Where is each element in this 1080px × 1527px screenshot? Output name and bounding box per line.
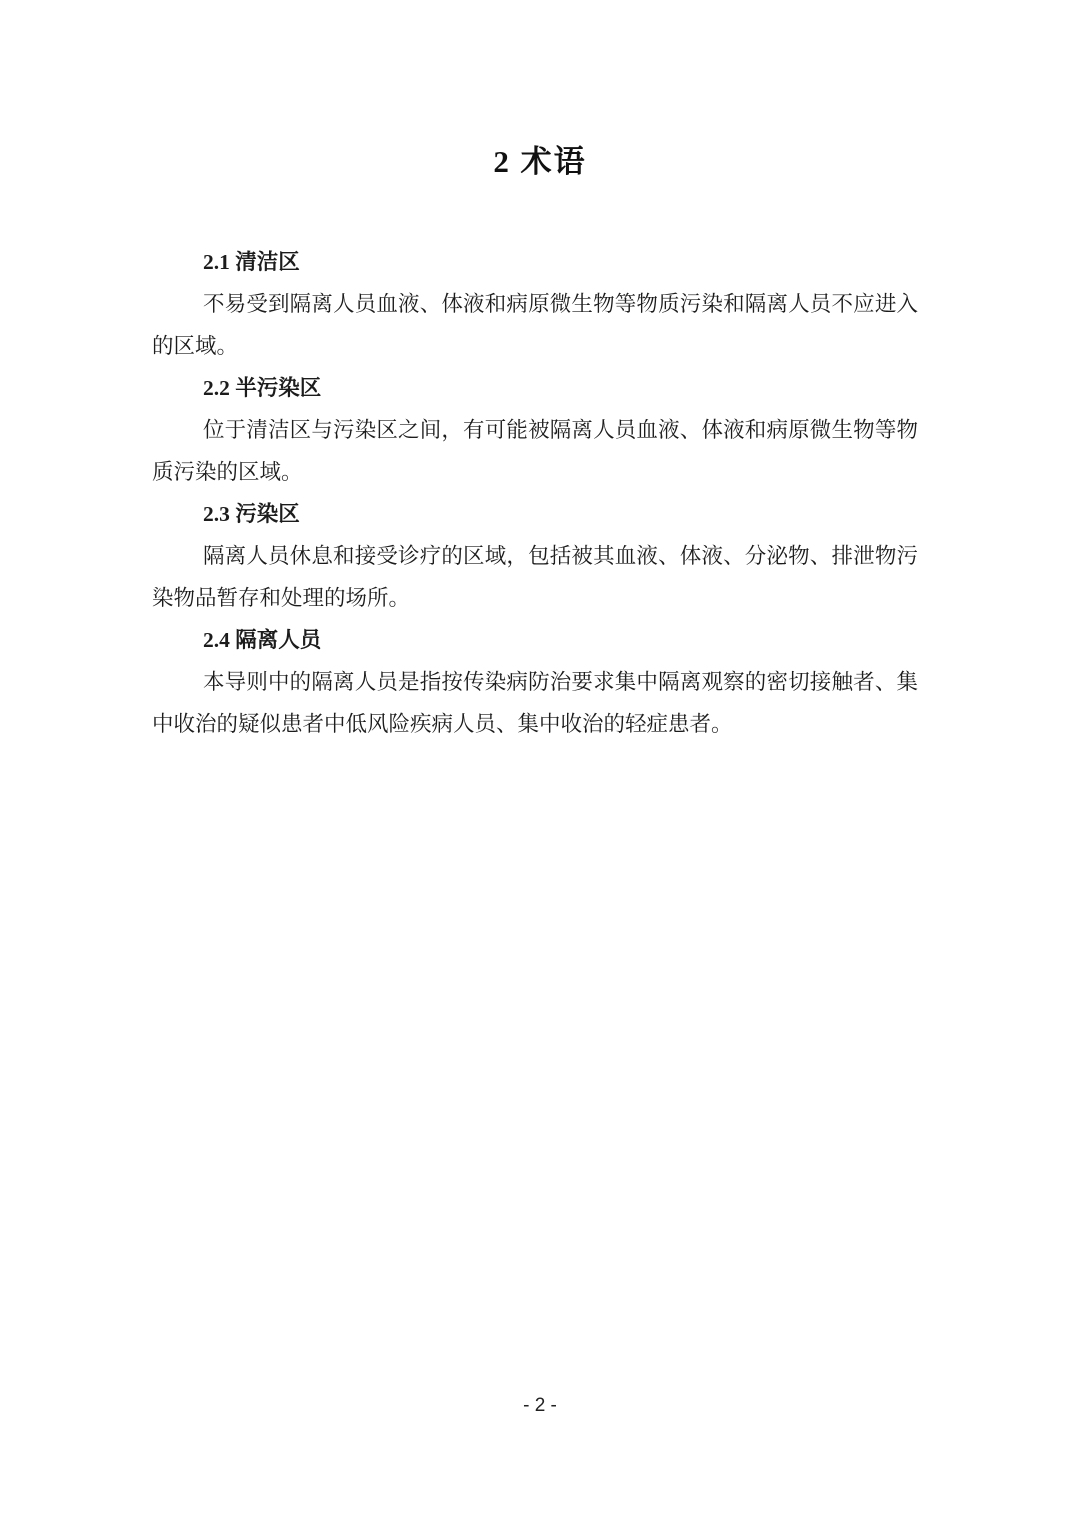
document-page: 2 术语 2.1 清洁区 不易受到隔离人员血液、体液和病原微生物等物质污染和隔离…: [0, 0, 1080, 1527]
section-heading: 2.4 隔离人员: [152, 619, 918, 661]
section-heading: 2.2 半污染区: [152, 367, 918, 409]
page-title: 2 术语: [0, 0, 1080, 181]
section-paragraph: 本导则中的隔离人员是指按传染病防治要求集中隔离观察的密切接触者、集中收治的疑似患…: [152, 661, 918, 745]
section-paragraph: 隔离人员休息和接受诊疗的区域，包括被其血液、体液、分泌物、排泄物污染物品暂存和处…: [152, 535, 918, 619]
section-2-4: 2.4 隔离人员 本导则中的隔离人员是指按传染病防治要求集中隔离观察的密切接触者…: [152, 619, 918, 745]
section-heading: 2.1 清洁区: [152, 241, 918, 283]
section-2-3: 2.3 污染区 隔离人员休息和接受诊疗的区域，包括被其血液、体液、分泌物、排泄物…: [152, 493, 918, 619]
document-body: 2.1 清洁区 不易受到隔离人员血液、体液和病原微生物等物质污染和隔离人员不应进…: [152, 241, 918, 745]
section-paragraph: 位于清洁区与污染区之间，有可能被隔离人员血液、体液和病原微生物等物质污染的区域。: [152, 409, 918, 493]
section-paragraph: 不易受到隔离人员血液、体液和病原微生物等物质污染和隔离人员不应进入的区域。: [152, 283, 918, 367]
page-number: - 2 -: [0, 1395, 1080, 1417]
section-heading: 2.3 污染区: [152, 493, 918, 535]
section-2-1: 2.1 清洁区 不易受到隔离人员血液、体液和病原微生物等物质污染和隔离人员不应进…: [152, 241, 918, 367]
section-2-2: 2.2 半污染区 位于清洁区与污染区之间，有可能被隔离人员血液、体液和病原微生物…: [152, 367, 918, 493]
